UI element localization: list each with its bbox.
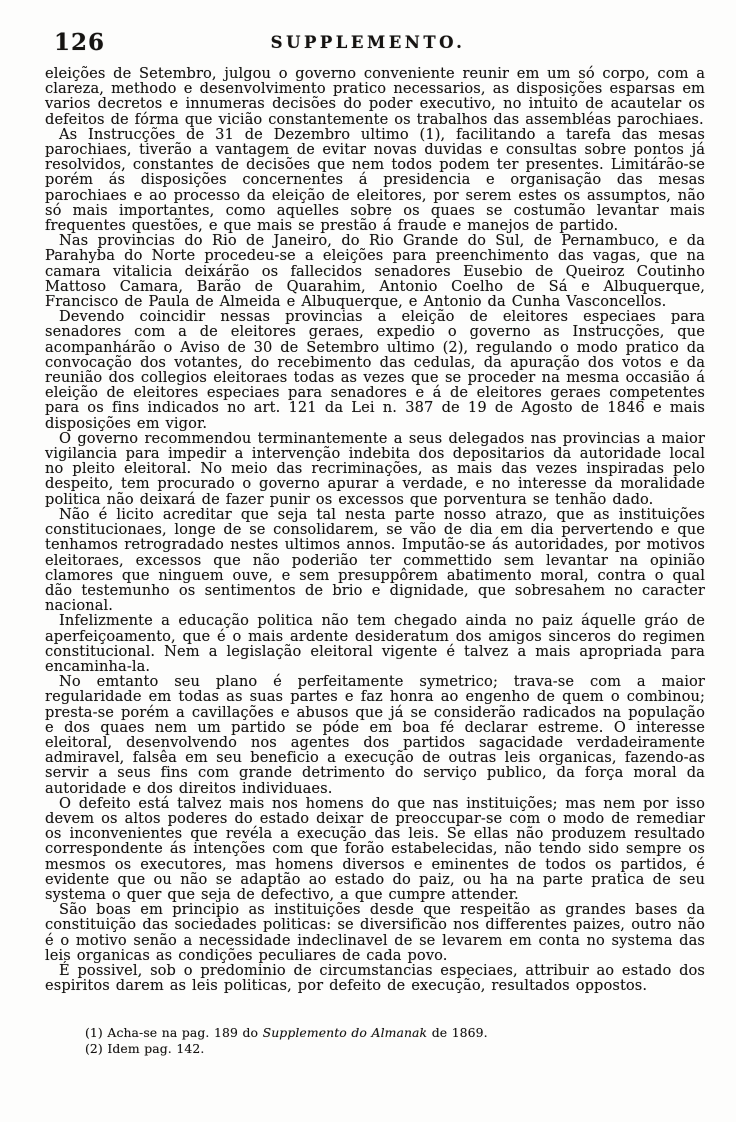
body-paragraph: No emtanto seu plano é perfeitamente sym… bbox=[45, 674, 705, 796]
body-paragraph: Devendo coincidir nessas provincias a el… bbox=[45, 309, 705, 431]
footnote-2: (2) Idem pag. 142. bbox=[85, 1041, 705, 1057]
body-paragraph: O governo recommendou terminantemente a … bbox=[45, 431, 705, 507]
body-paragraph: São boas em principio as instituições de… bbox=[45, 902, 705, 963]
body-paragraph: É possivel, sob o predominio de circumst… bbox=[45, 963, 705, 993]
footnote-1-suffix: de 1869. bbox=[427, 1025, 488, 1040]
page-header: 126 SUPPLEMENTO. bbox=[0, 26, 736, 60]
footnotes: (1) Acha-se na pag. 189 do Supplemento d… bbox=[45, 1025, 705, 1057]
footnote-1-italic-title: Supplemento do Almanak bbox=[263, 1025, 428, 1040]
document-page: 126 SUPPLEMENTO. eleições de Setembro, j… bbox=[0, 0, 736, 1122]
body-paragraph: Nas provincias do Rio de Janeiro, do Rio… bbox=[45, 233, 705, 309]
body-paragraph: Infelizmente a educação politica não tem… bbox=[45, 613, 705, 674]
page-title: SUPPLEMENTO. bbox=[0, 33, 736, 52]
body-paragraph: As Instrucções de 31 de Dezembro ultimo … bbox=[45, 127, 705, 233]
body-paragraph: O defeito está talvez mais nos homens do… bbox=[45, 796, 705, 902]
body-paragraph: eleições de Setembro, julgou o governo c… bbox=[45, 66, 705, 127]
footnote-1: (1) Acha-se na pag. 189 do Supplemento d… bbox=[85, 1025, 705, 1041]
footnote-1-text: (1) Acha-se na pag. 189 do bbox=[85, 1025, 263, 1040]
body-paragraph: Não é licito acreditar que seja tal nest… bbox=[45, 507, 705, 613]
article-body: eleições de Setembro, julgou o governo c… bbox=[45, 66, 705, 1057]
